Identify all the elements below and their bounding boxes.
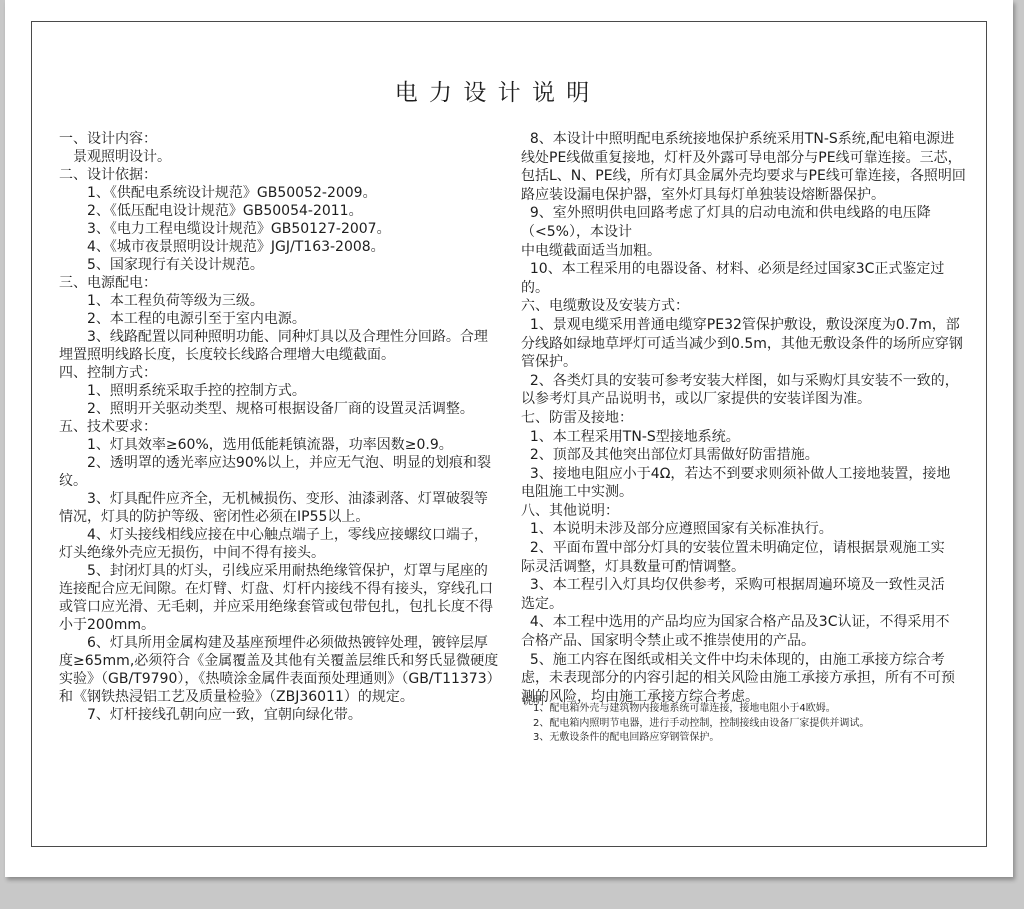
text-line: 包括L、N、PE线，所有灯具金属外壳均要求与PE线可靠连接，各照明回 (521, 167, 996, 186)
footnote-list: 1、配电箱外壳与建筑物内接地系统可靠连接，接地电阻小于4欧姆。2、配电箱内照明节… (533, 702, 869, 746)
text-line: 1、《供配电系统设计规范》GB50052-2009。 (59, 184, 509, 202)
text-line: 小于200mm。 (59, 616, 509, 634)
text-line: 四、控制方式： (59, 364, 509, 382)
text-line: 电阻施工中实测。 (521, 483, 996, 502)
text-line: 七、防雷及接地： (521, 409, 996, 428)
text-line: 六、电缆敷设及安装方式： (521, 297, 996, 316)
text-line: 管保护。 (521, 353, 996, 372)
text-line: 1、照明系统采取手控的控制方式。 (59, 382, 509, 400)
text-line: 6、灯具所用金属构建及基座预埋件必须做热镀锌处理，镀锌层厚 (59, 634, 509, 652)
text-line: 9、室外照明供电回路考虑了灯具的启动电流和供电线路的电压降 (521, 204, 996, 223)
text-line: 2、照明开关驱动类型、规格可根据设备厂商的设置灵活调整。 (59, 400, 509, 418)
text-line: 1、本工程采用TN-S型接地系统。 (521, 428, 996, 447)
text-line: 度≥65mm,必须符合《金属覆盖及其他有关覆盖层维氏和努氏显微硬度 (59, 652, 509, 670)
text-line: 2、各类灯具的安装可参考安装大样图，如与采购灯具安装不一致的， (521, 372, 996, 391)
text-line: （<5%），本设计 (521, 223, 996, 242)
text-line: 选定。 (521, 595, 996, 614)
text-line: 1、本说明未涉及部分应遵照国家有关标准执行。 (521, 520, 996, 539)
text-line: 3、《电力工程电缆设计规范》GB50127-2007。 (59, 220, 509, 238)
text-line: 1、本工程负荷等级为三级。 (59, 292, 509, 310)
text-line: 埋置照明线路长度，长度较长线路合理增大电缆截面。 (59, 346, 509, 364)
text-line: 1、景观电缆采用普通电缆穿PE32管保护敷设，敷设深度为0.7m，部 (521, 316, 996, 335)
text-line: 灯头绝缘外壳应无损伤，中间不得有接头。 (59, 544, 509, 562)
document-viewer-canvas: 电 力 设 计 说 明 一、设计内容： 景观照明设计。二、设计依据： 1、《供配… (0, 0, 1024, 909)
text-line: 1、配电箱外壳与建筑物内接地系统可靠连接，接地电阻小于4欧姆。 (533, 702, 869, 717)
drawing-sheet: 电 力 设 计 说 明 一、设计内容： 景观照明设计。二、设计依据： 1、《供配… (5, 0, 1013, 877)
text-line: 5、国家现行有关设计规范。 (59, 256, 509, 274)
text-line: 4、《城市夜景照明设计规范》JGJ/T163-2008。 (59, 238, 509, 256)
text-line: 3、接地电阻应小于4Ω，若达不到要求则须补做人工接地装置，接地 (521, 465, 996, 484)
text-line: 3、线路配置以同种照明功能、同种灯具以及合理性分回路。合理 (59, 328, 509, 346)
text-line: 2、透明罩的透光率应达90%以上，并应无气泡、明显的划痕和裂 (59, 454, 509, 472)
text-line: 4、本工程中选用的产品均应为国家合格产品及3C认证，不得采用不 (521, 613, 996, 632)
text-line: 三、电源配电： (59, 274, 509, 292)
text-line: 情况，灯具的防护等级、密闭性必须在IP55以上。 (59, 508, 509, 526)
text-line: 5、施工内容在图纸或相关文件中均未体现的，由施工承接方综合考 (521, 651, 996, 670)
text-line: 八、其他说明： (521, 502, 996, 521)
text-line: 7、灯杆接线孔朝向应一致，宜朝向绿化带。 (59, 706, 509, 724)
text-line: 五、技术要求： (59, 418, 509, 436)
text-line: 虑，未表现部分的内容引起的相关风险由施工承接方承担，所有不可预 (521, 669, 996, 688)
text-line: 2、配电箱内照明节电器，进行手动控制，控制接线由设备厂家提供并调试。 (533, 717, 869, 732)
text-line: 2、顶部及其他突出部位灯具需做好防雷措施。 (521, 446, 996, 465)
text-line: 3、无敷设条件的配电回路应穿钢管保护。 (533, 731, 869, 746)
text-line: 以参考灯具产品说明书，或以厂家提供的安装详图为准。 (521, 390, 996, 409)
text-line: 景观照明设计。 (59, 148, 509, 166)
text-line: 二、设计依据： (59, 166, 509, 184)
text-line: 2、《低压配电设计规范》GB50054-2011。 (59, 202, 509, 220)
text-line: 际灵活调整，灯具数量可酌情调整。 (521, 558, 996, 577)
right-text-column: 8、本设计中照明配电系统接地保护系统采用TN-S系统,配电箱电源进线处PE线做重… (521, 130, 996, 706)
text-line: 合格产品、国家明令禁止或不推崇使用的产品。 (521, 632, 996, 651)
text-line: 10、本工程采用的电器设备、材料、必须是经过国家3C正式鉴定过 (521, 260, 996, 279)
sheet-title: 电 力 设 计 说 明 (35, 74, 951, 107)
text-line: 线处PE线做重复接地，灯杆及外露可导电部分与PE线可靠连接。三芯， (521, 149, 996, 168)
text-line: 或管口应光滑、无毛刺，并应采用绝缘套管或包带包扎，包扎长度不得 (59, 598, 509, 616)
text-line: 5、封闭灯具的灯头，引线应采用耐热绝缘管保护，灯罩与尾座的 (59, 562, 509, 580)
text-line: 纹。 (59, 472, 509, 490)
text-line: 路应装设漏电保护器，室外灯具每灯单独装设熔断器保护。 (521, 186, 996, 205)
text-line: 1、灯具效率≥60%，选用低能耗镇流器，功率因数≥0.9。 (59, 436, 509, 454)
text-line: 2、本工程的电源引至于室内电源。 (59, 310, 509, 328)
text-line: 连接配合应无间隙。在灯臂、灯盘、灯杆内接线不得有接头，穿线孔口 (59, 580, 509, 598)
text-line: 一、设计内容： (59, 130, 509, 148)
text-line: 分线路如绿地草坪灯可适当减少到0.5m，其他无敷设条件的场所应穿钢 (521, 335, 996, 354)
left-text-column: 一、设计内容： 景观照明设计。二、设计依据： 1、《供配电系统设计规范》GB50… (59, 130, 509, 724)
text-line: 4、灯头接线相线应接在中心触点端子上，零线应接螺纹口端子， (59, 526, 509, 544)
text-line: 2、平面布置中部分灯具的安装位置未明确定位，请根据景观施工实 (521, 539, 996, 558)
text-line: 实验》（GB/T9790），《热喷涂金属件表面预处理通则》（GB/T11373） (59, 670, 509, 688)
text-line: 和《钢铁热浸铝工艺及质量检验》（ZBJ36011）的规定。 (59, 688, 509, 706)
text-line: 的。 (521, 279, 996, 298)
text-line: 3、本工程引入灯具均仅供参考，采购可根据周遍环境及一致性灵活 (521, 576, 996, 595)
text-line: 3、灯具配件应齐全，无机械损伤、变形、油漆剥落、灯罩破裂等 (59, 490, 509, 508)
text-line: 8、本设计中照明配电系统接地保护系统采用TN-S系统,配电箱电源进 (521, 130, 996, 149)
text-line: 中电缆截面适当加粗。 (521, 242, 996, 261)
